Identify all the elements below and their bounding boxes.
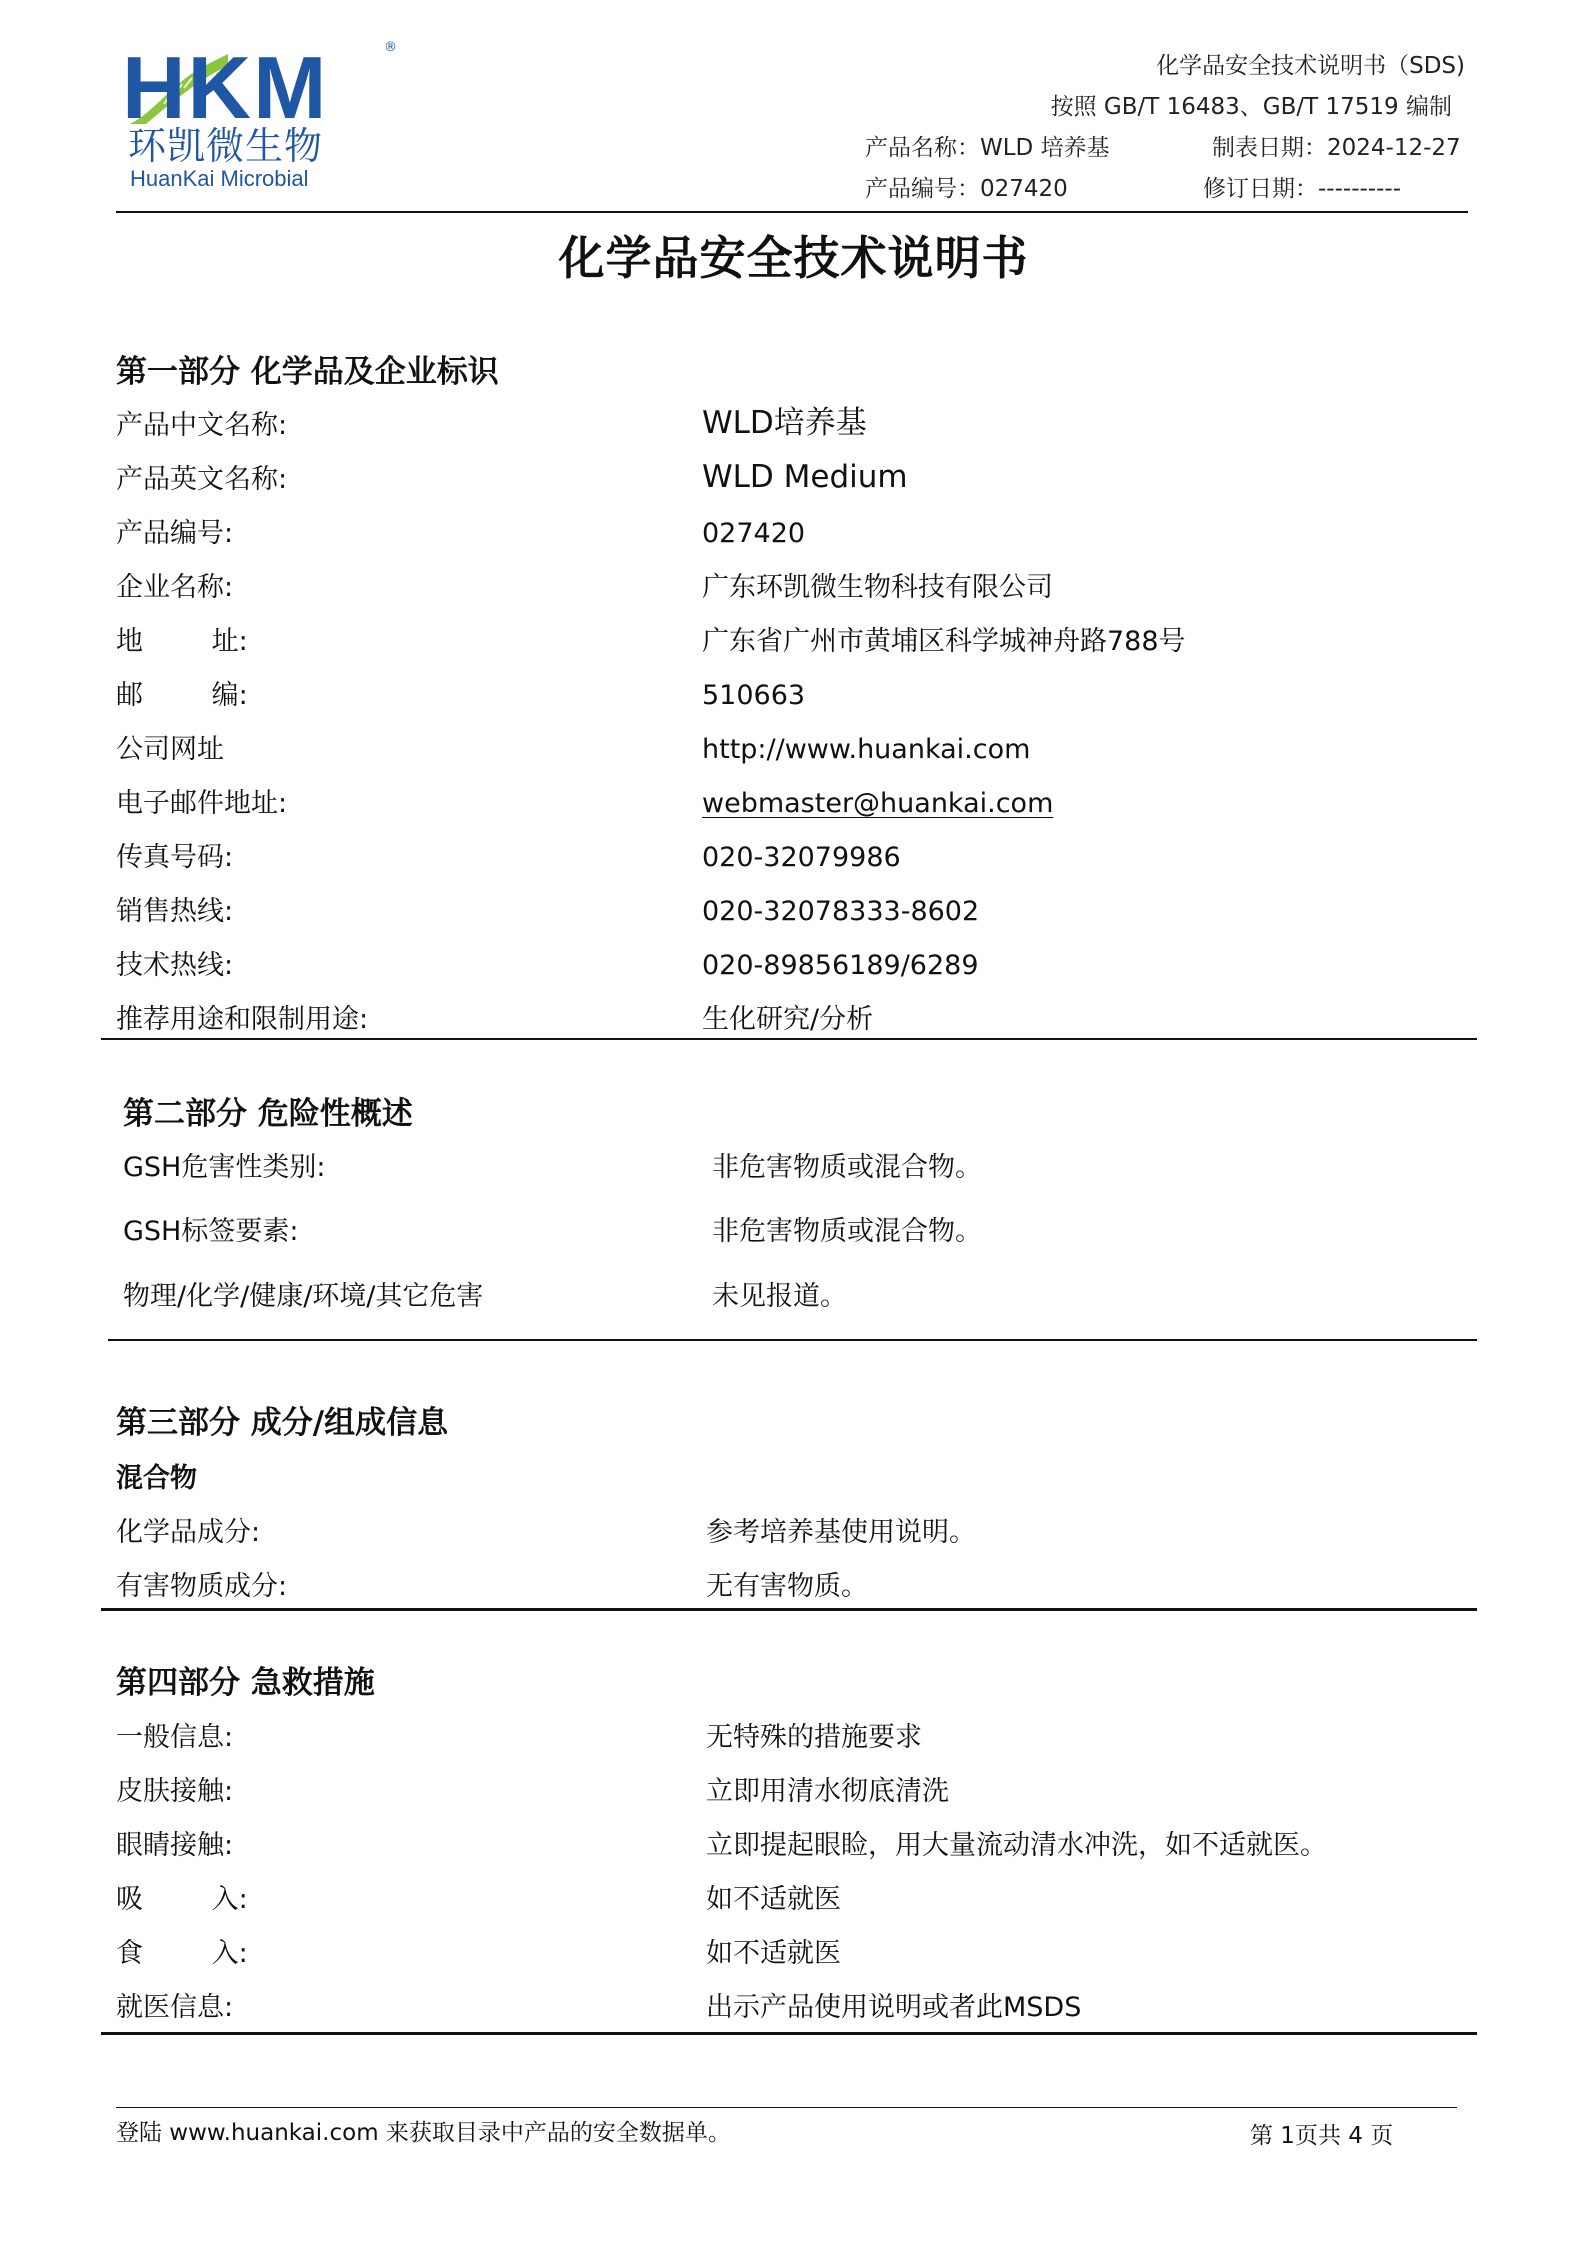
standard-note: 按照 GB/T 16483、GB/T 17519 编制 [1051, 93, 1452, 121]
section-3-divider [101, 1608, 1477, 1611]
row-label: 产品编号: [116, 517, 233, 551]
row-value: 生化研究/分析 [702, 1003, 873, 1037]
row-label: 传真号码: [116, 841, 233, 875]
row-label: 眼睛接触: [116, 1829, 233, 1863]
section-1-heading: 第一部分 化学品及企业标识 [116, 353, 499, 391]
row-label: 物理/化学/健康/环境/其它危害 [123, 1280, 483, 1314]
row-value: 非危害物质或混合物。 [712, 1151, 982, 1185]
made-date-value: 2024-12-27 [1327, 135, 1461, 161]
row-value: WLD Medium [702, 460, 908, 494]
row-value: 未见报道。 [712, 1280, 847, 1314]
product-no-header: 产品编号：027420 [865, 175, 1068, 203]
row-label: GSH危害性类别: [123, 1151, 325, 1185]
made-date-label: 制表日期： [1212, 135, 1327, 161]
row-value: 510663 [702, 679, 805, 713]
row-label: 电子邮件地址: [116, 787, 287, 821]
company-logo: HKM ® 环凯微生物 HuanKai Microbial [122, 40, 402, 190]
row-value: 如不适就医 [706, 1883, 841, 1917]
row-label: 化学品成分: [116, 1516, 260, 1550]
section-1-divider [101, 1038, 1477, 1040]
row-value: 广东省广州市黄埔区科学城神舟路788号 [702, 625, 1186, 659]
page-number: 第 1页共 4 页 [1250, 2122, 1393, 2150]
section-2-divider [108, 1339, 1477, 1341]
product-name-value: WLD 培养基 [980, 135, 1110, 161]
header-divider [116, 211, 1468, 213]
row-value: 参考培养基使用说明。 [706, 1516, 976, 1550]
revised-date-header: 修订日期：---------- [1203, 175, 1401, 203]
row-value: 无有害物质。 [706, 1570, 868, 1604]
row-label: 销售热线: [116, 895, 233, 929]
row-label: 产品中文名称: [116, 409, 287, 443]
product-no-value: 027420 [980, 176, 1068, 202]
section-4-divider [101, 2032, 1477, 2035]
row-value: 无特殊的措施要求 [706, 1721, 922, 1755]
product-name-header: 产品名称：WLD 培养基 [865, 134, 1110, 162]
row-label: 食 入: [116, 1937, 248, 1971]
row-value: 020-89856189/6289 [702, 949, 979, 983]
registered-icon: ® [384, 40, 397, 55]
row-label: 推荐用途和限制用途: [116, 1003, 368, 1037]
row-value: WLD培养基 [702, 406, 867, 440]
logo-en-name: HuanKai Microbial [130, 168, 309, 190]
section-4-heading: 第四部分 急救措施 [116, 1664, 375, 1702]
website-link[interactable]: http://www.huankai.com [702, 733, 1030, 767]
made-date-header: 制表日期：2024-12-27 [1212, 134, 1461, 162]
revised-date-value: ---------- [1318, 176, 1401, 202]
doc-type: 化学品安全技术说明书（SDS) [1156, 52, 1465, 80]
logo-mark: HKM [122, 48, 328, 128]
row-label: 皮肤接触: [116, 1775, 233, 1809]
row-label: 有害物质成分: [116, 1570, 287, 1604]
revised-date-label: 修订日期： [1203, 176, 1318, 202]
logo-cn-name: 环凯微生物 [128, 126, 323, 166]
section-3-heading: 第三部分 成分/组成信息 [116, 1404, 448, 1442]
email-link[interactable]: webmaster@huankai.com [702, 787, 1053, 821]
row-label: 邮 编: [116, 679, 248, 713]
row-label: 地 址: [116, 625, 248, 659]
page-title: 化学品安全技术说明书 [0, 230, 1587, 286]
row-label: 技术热线: [116, 949, 233, 983]
row-value: 出示产品使用说明或者此MSDS [706, 1991, 1081, 2025]
row-label: 产品英文名称: [116, 463, 287, 497]
row-value: 027420 [702, 517, 805, 551]
row-label: 吸 入: [116, 1883, 248, 1917]
row-value: 立即用清水彻底清洗 [706, 1775, 949, 1809]
row-label: 公司网址 [116, 733, 224, 767]
section-3-subheading: 混合物 [116, 1462, 197, 1496]
footer-note: 登陆 www.huankai.com 来获取目录中产品的安全数据单。 [116, 2119, 731, 2147]
row-label: 一般信息: [116, 1721, 233, 1755]
row-value: 广东环凯微生物科技有限公司 [702, 571, 1053, 605]
product-no-label: 产品编号： [865, 176, 980, 202]
row-value: 如不适就医 [706, 1937, 841, 1971]
row-label: 企业名称: [116, 571, 233, 605]
row-value: 非危害物质或混合物。 [712, 1215, 982, 1249]
product-name-label: 产品名称： [865, 135, 980, 161]
row-value: 020-32079986 [702, 841, 901, 875]
row-label: GSH标签要素: [123, 1215, 298, 1249]
section-2-heading: 第二部分 危险性概述 [123, 1095, 413, 1133]
row-label: 就医信息: [116, 1991, 233, 2025]
footer-divider [116, 2107, 1457, 2108]
row-value: 立即提起眼睑，用大量流动清水冲洗，如不适就医。 [706, 1829, 1327, 1863]
row-value: 020-32078333-8602 [702, 895, 979, 929]
